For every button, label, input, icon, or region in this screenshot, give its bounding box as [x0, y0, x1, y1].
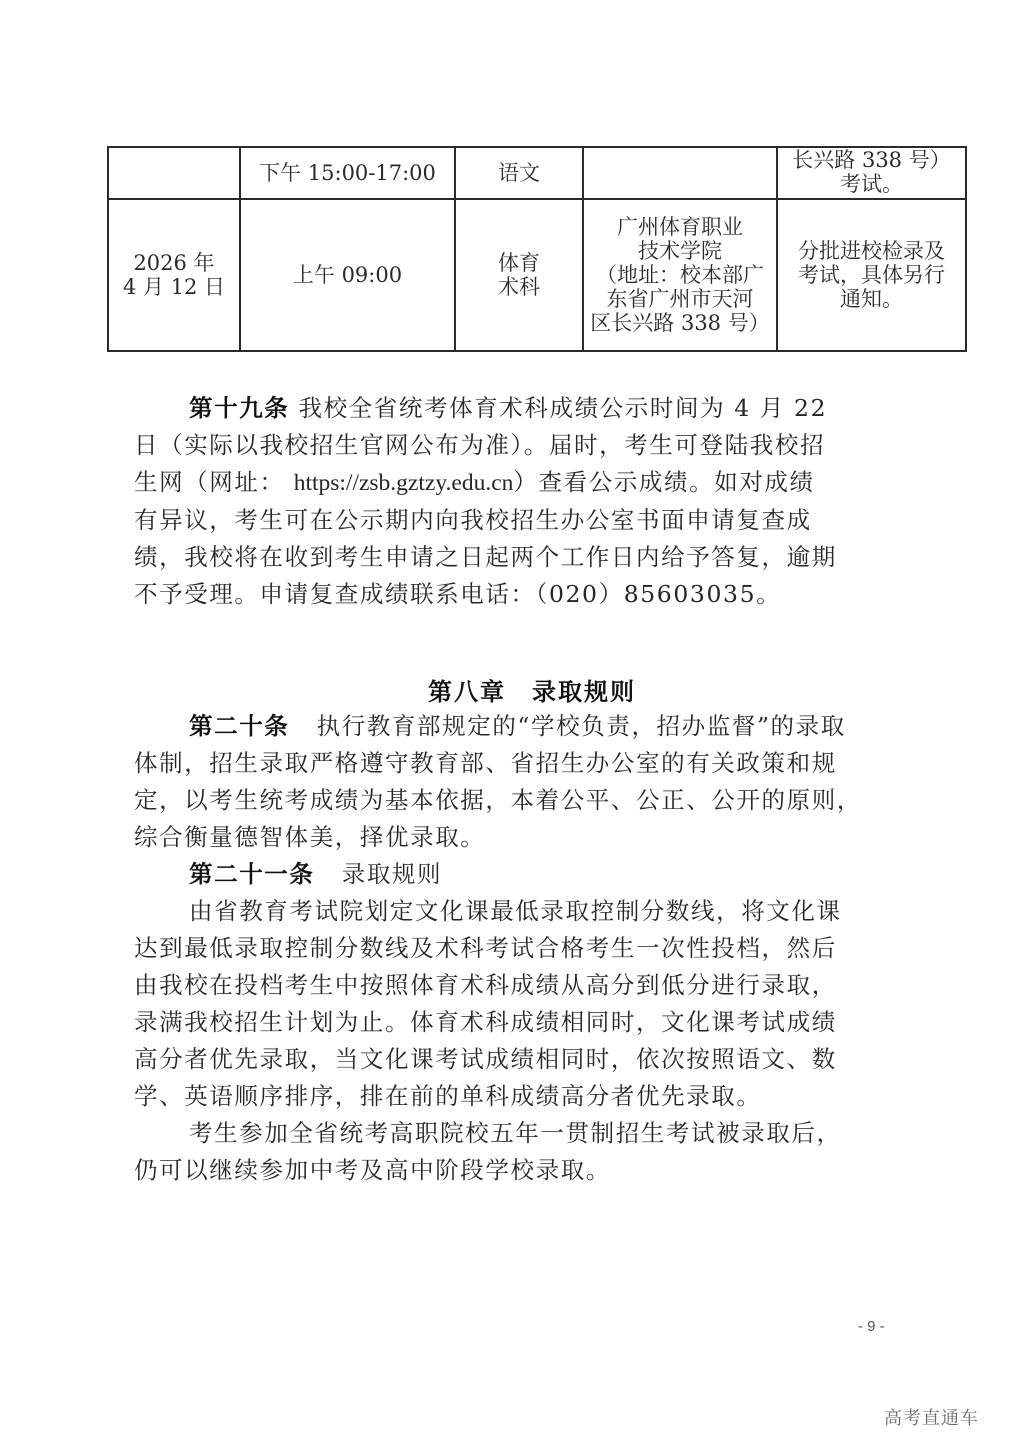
location-cell: [583, 147, 777, 199]
note-cell: 分批进校检录及 考试，具体另行 通知。: [777, 199, 966, 351]
subject-cell: 体育 术科: [455, 199, 583, 351]
location-cell: 广州体育职业 技术学院 （地址：校本部广 东省广州市天河 区长兴路 338 号）: [583, 199, 777, 351]
table-row: 2026 年 4 月 12 日 上午 09:00 体育 术科 广州体育职业 技术…: [108, 199, 966, 351]
chapter-title: 第八章 录取规则: [0, 672, 1024, 707]
time-cell: 下午 15:00-17:00: [240, 147, 455, 199]
table-row: 下午 15:00-17:00 语文 长兴路 338 号） 考试。: [108, 147, 966, 199]
document-page: 下午 15:00-17:00 语文 长兴路 338 号） 考试。 2026 年 …: [0, 0, 1024, 1448]
note-cell: 长兴路 338 号） 考试。: [777, 147, 966, 199]
article-20: 第二十条 执行教育部规定的“学校负责，招办监督”的录取 体制，招生录取严格遵守教…: [134, 708, 894, 856]
article-heading: 第二十一条: [189, 860, 315, 888]
time-cell: 上午 09:00: [240, 199, 455, 351]
article-21: 第二十一条 录取规则 由省教育考试院划定文化课最低录取控制分数线，将文化课 达到…: [134, 856, 894, 1189]
subject-cell: 语文: [455, 147, 583, 199]
admissions-website-link[interactable]: https://zsb.gztzy.edu.cn: [294, 470, 514, 496]
article-subtitle: 录取规则: [342, 860, 442, 888]
article-19: 第十九条 我校全省统考体育术科成绩公示时间为 4 月 22 日（实际以我校招生官…: [134, 390, 894, 613]
date-cell: [108, 147, 240, 199]
page-number: - 9 -: [858, 1318, 885, 1335]
watermark-text: 高考直通车: [884, 1404, 979, 1430]
exam-schedule-table: 下午 15:00-17:00 语文 长兴路 338 号） 考试。 2026 年 …: [107, 146, 967, 352]
article-heading: 第十九条: [189, 394, 289, 422]
date-cell: 2026 年 4 月 12 日: [108, 199, 240, 351]
article-heading: 第二十条: [189, 712, 289, 740]
